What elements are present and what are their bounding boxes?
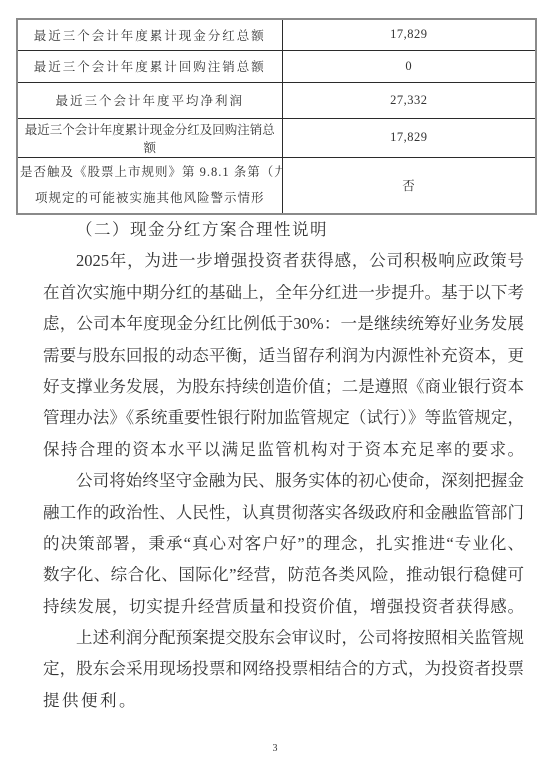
table-row: 是否触及《股票上市规则》第 9.8.1 条第（九） 项规定的可能被实施其他风险警…: [17, 157, 536, 214]
body-line: 在首次实施中期分红的基础上，全年分红进一步提升。基于以下考: [43, 277, 524, 308]
body-line: 2025年，为进一步增强投资者获得感，公司积极响应政策号召，: [43, 245, 524, 276]
table-cell-label: 最近三个会计年度累计回购注销总额: [17, 50, 282, 82]
document-page: 最近三个会计年度累计现金分红总额 17,829 最近三个会计年度累计回购注销总额…: [0, 0, 550, 775]
table-cell-label-line: 项规定的可能被实施其他风险警示情形: [20, 185, 280, 211]
body-line: 上述利润分配预案提交股东会审议时，公司将按照相关监管规: [43, 622, 524, 653]
body-line: 管理办法》《系统重要性银行附加监管规定（试行）》等监管规定，: [43, 402, 524, 433]
body-line: 保持合理的资本水平以满足监管机构对于资本充足率的要求。: [43, 434, 524, 465]
body-line: 好支撑业务发展，为股东持续创造价值；二是遵照《商业银行资本: [43, 371, 524, 402]
table-cell-label: 最近三个会计年度平均净利润: [17, 82, 282, 118]
table-cell-value: 17,829: [282, 19, 536, 50]
body-line: 提供便利。: [43, 685, 524, 716]
body-line: 融工作的政治性、人民性，认真贯彻落实各级政府和金融监管部门: [43, 497, 524, 528]
body-line: 持续发展，切实提升经营质量和投资价值，增强投资者获得感。: [43, 591, 524, 622]
table-cell-value: 27,332: [282, 82, 536, 118]
body-line: 公司将始终坚守金融为民、服务实体的初心使命，深刻把握金: [43, 465, 524, 496]
table-row: 最近三个会计年度累计现金分红及回购注销总额 17,829: [17, 118, 536, 157]
body-line: 需要与股东回报的动态平衡，适当留存利润为内源性补充资本，更: [43, 340, 524, 371]
table-cell-label-line: 是否触及《股票上市规则》第 9.8.1 条第（九）: [20, 159, 280, 185]
body-text: （二）现金分红方案合理性说明 2025年，为进一步增强投资者获得感，公司积极响应…: [43, 214, 524, 716]
body-line: 虑，公司本年度现金分红比例低于30%：一是继续统筹好业务发展: [43, 308, 524, 339]
table-row: 最近三个会计年度平均净利润 27,332: [17, 82, 536, 118]
body-line: 定，股东会采用现场投票和网络投票相结合的方式，为投资者投票: [43, 653, 524, 684]
body-line: 数字化、综合化、国际化”经营，防范各类风险，推动银行稳健可: [43, 559, 524, 590]
table-cell-label: 最近三个会计年度累计现金分红及回购注销总额: [17, 118, 282, 157]
page-number: 3: [0, 743, 550, 754]
table-cell-value: 否: [282, 157, 536, 214]
table-cell-label: 最近三个会计年度累计现金分红总额: [17, 19, 282, 50]
body-line: 的决策部署，秉承“真心对客户好”的理念，扎实推进“专业化、: [43, 528, 524, 559]
section-heading: （二）现金分红方案合理性说明: [43, 214, 524, 245]
table-cell-label: 是否触及《股票上市规则》第 9.8.1 条第（九） 项规定的可能被实施其他风险警…: [17, 157, 282, 214]
table-row: 最近三个会计年度累计现金分红总额 17,829: [17, 19, 536, 50]
table-cell-value: 17,829: [282, 118, 536, 157]
table-row: 最近三个会计年度累计回购注销总额 0: [17, 50, 536, 82]
table-cell-value: 0: [282, 50, 536, 82]
dividend-summary-table: 最近三个会计年度累计现金分红总额 17,829 最近三个会计年度累计回购注销总额…: [16, 18, 537, 215]
